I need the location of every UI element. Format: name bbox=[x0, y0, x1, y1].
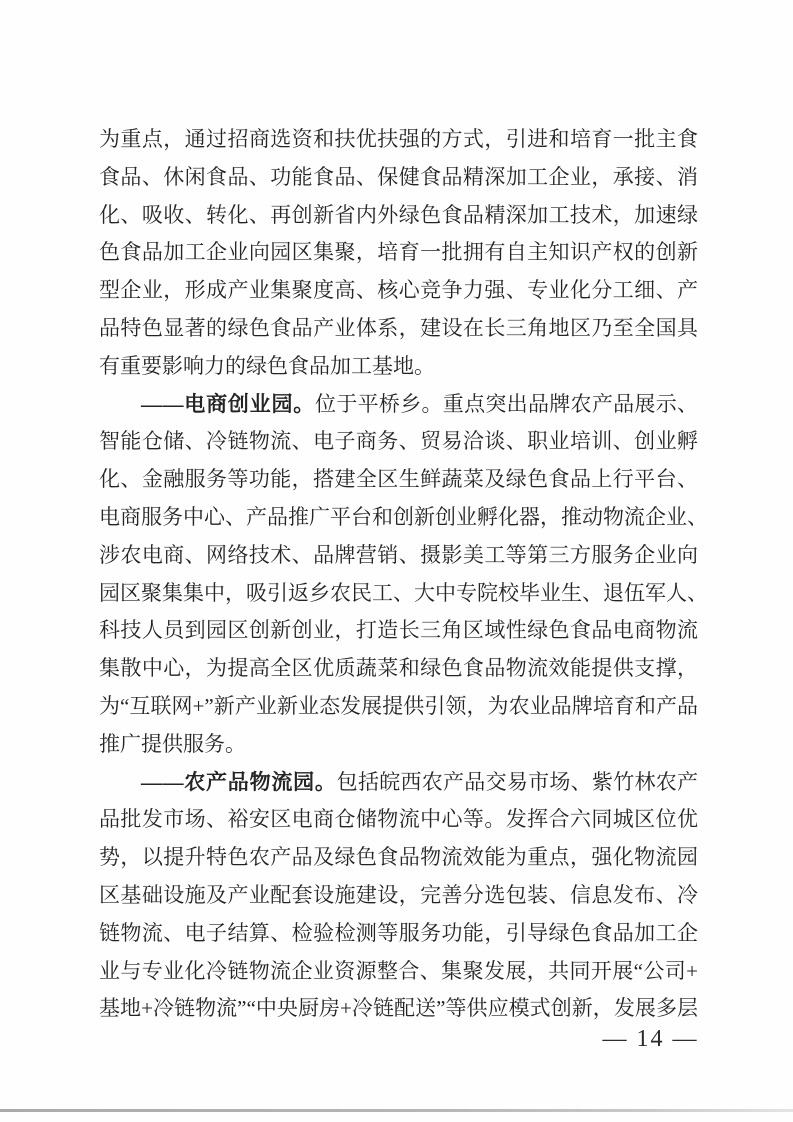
text-line: 食品、休闲食品、功能食品、保健食品精深加工企业，承接、消 bbox=[99, 159, 698, 197]
text-line: 品批发市场、裕安区电商仓储物流中心等。发挥合六同城区位优 bbox=[99, 801, 698, 839]
text-line: 智能仓储、冷链物流、电子商务、贸易洽谈、职业培训、创业孵 bbox=[99, 423, 698, 461]
text-line: 化、金融服务等功能，搭建全区生鲜蔬菜及绿色食品上行平台、 bbox=[99, 461, 698, 499]
text-line: 型企业，形成产业集聚度高、核心竞争力强、专业化分工细、产 bbox=[99, 272, 698, 310]
text-line: 链物流、电子结算、检验检测等服务功能，引导绿色食品加工企 bbox=[99, 915, 698, 953]
text-line: 区基础设施及产业配套设施建设，完善分选包装、信息发布、冷 bbox=[99, 877, 698, 915]
scan-edge-artifact bbox=[0, 1109, 793, 1112]
text-line: 推广提供服务。 bbox=[99, 726, 698, 764]
text-line: 品特色显著的绿色食品产业体系，建设在长三角地区乃至全国具 bbox=[99, 310, 698, 348]
text-line: 有重要影响力的绿色食品加工基地。 bbox=[99, 348, 698, 386]
text-line: ——农产品物流园。包括皖西农产品交易市场、紫竹林农产 bbox=[99, 764, 698, 802]
paragraph-lead-bold: ——农产品物流园。 bbox=[141, 770, 337, 794]
page-number: — 14 — bbox=[553, 1026, 748, 1053]
text-line: ——电商创业园。位于平桥乡。重点突出品牌农产品展示、 bbox=[99, 386, 698, 424]
text-line: 为重点，通过招商选资和扶优扶强的方式，引进和培育一批主食 bbox=[99, 121, 698, 159]
text-line: 集散中心，为提高全区优质蔬菜和绿色食品物流效能提供支撑， bbox=[99, 650, 698, 688]
text-line: 基地+冷链物流”“中央厨房+冷链配送”等供应模式创新，发展多层 bbox=[99, 990, 698, 1028]
scanned-document-page: 为重点，通过招商选资和扶优扶强的方式，引进和培育一批主食食品、休闲食品、功能食品… bbox=[0, 0, 793, 1122]
text-line: 势，以提升特色农产品及绿色食品物流效能为重点，强化物流园 bbox=[99, 839, 698, 877]
text-line: 色食品加工企业向园区集聚，培育一批拥有自主知识产权的创新 bbox=[99, 234, 698, 272]
text-line: 电商服务中心、产品推广平台和创新创业孵化器，推动物流企业、 bbox=[99, 499, 698, 537]
text-line: 化、吸收、转化、再创新省内外绿色食品精深加工技术，加速绿 bbox=[99, 197, 698, 235]
text-line: 科技人员到园区创新创业，打造长三角区域性绿色食品电商物流 bbox=[99, 612, 698, 650]
paragraph-lead-bold: ——电商创业园。 bbox=[141, 392, 315, 416]
document-body: 为重点，通过招商选资和扶优扶强的方式，引进和培育一批主食食品、休闲食品、功能食品… bbox=[99, 121, 698, 1028]
text-line: 业与专业化冷链物流企业资源整合、集聚发展，共同开展“公司+ bbox=[99, 953, 698, 991]
text-line: 为“互联网+”新产业新业态发展提供引领，为农业品牌培育和产品 bbox=[99, 688, 698, 726]
text-line: 园区聚集集中，吸引返乡农民工、大中专院校毕业生、退伍军人、 bbox=[99, 575, 698, 613]
text-line: 涉农电商、网络技术、品牌营销、摄影美工等第三方服务企业向 bbox=[99, 537, 698, 575]
